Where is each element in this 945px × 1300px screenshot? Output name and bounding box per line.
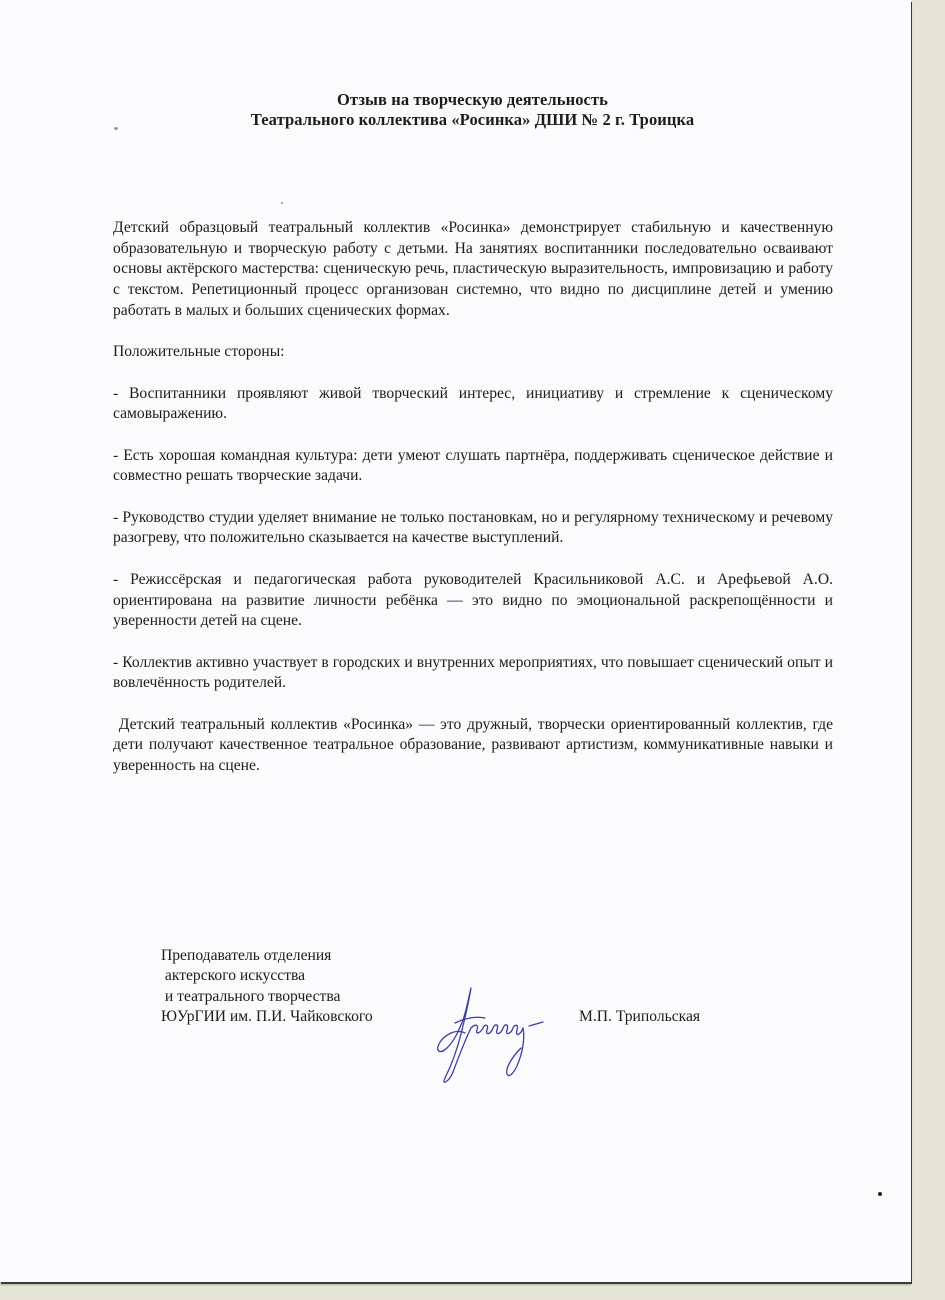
strengths-heading: Положительные стороны: <box>113 342 833 363</box>
position-line: Преподаватель отделения <box>161 946 373 966</box>
handwritten-signature-icon <box>425 978 560 1088</box>
conclusion-paragraph: Детский театральный коллектив «Росинка» … <box>113 715 833 777</box>
document-body: Детский образцовый театральный коллектив… <box>113 218 833 798</box>
scan-speck <box>281 202 283 204</box>
position-line: и театрального творчества <box>161 987 373 1007</box>
strength-item: - Коллектив активно участвует в городски… <box>113 653 833 694</box>
position-line: актерского искусства <box>161 966 373 986</box>
scan-speck <box>878 1192 882 1196</box>
strength-item: - Есть хорошая командная культура: дети … <box>113 446 833 487</box>
signer-position: Преподаватель отделения актерского искус… <box>161 946 373 1027</box>
strength-item: - Режиссёрская и педагогическая работа р… <box>113 570 833 632</box>
position-line: ЮУрГИИ им. П.И. Чайковского <box>161 1007 373 1027</box>
title-line-1: Отзыв на творческую деятельность <box>0 90 945 110</box>
strength-item: - Руководство студии уделяет внимание не… <box>113 508 833 549</box>
scan-speck <box>114 127 118 130</box>
strength-item: - Воспитанники проявляют живой творчески… <box>113 384 833 425</box>
title-line-2: Театрального коллектива «Росинка» ДШИ № … <box>0 110 945 130</box>
scanned-paper-page: Отзыв на творческую деятельность Театрал… <box>0 0 911 1282</box>
signer-name: М.П. Трипольская <box>579 1007 700 1027</box>
intro-paragraph: Детский образцовый театральный коллектив… <box>113 218 833 322</box>
document-title: Отзыв на творческую деятельность Театрал… <box>0 90 945 130</box>
